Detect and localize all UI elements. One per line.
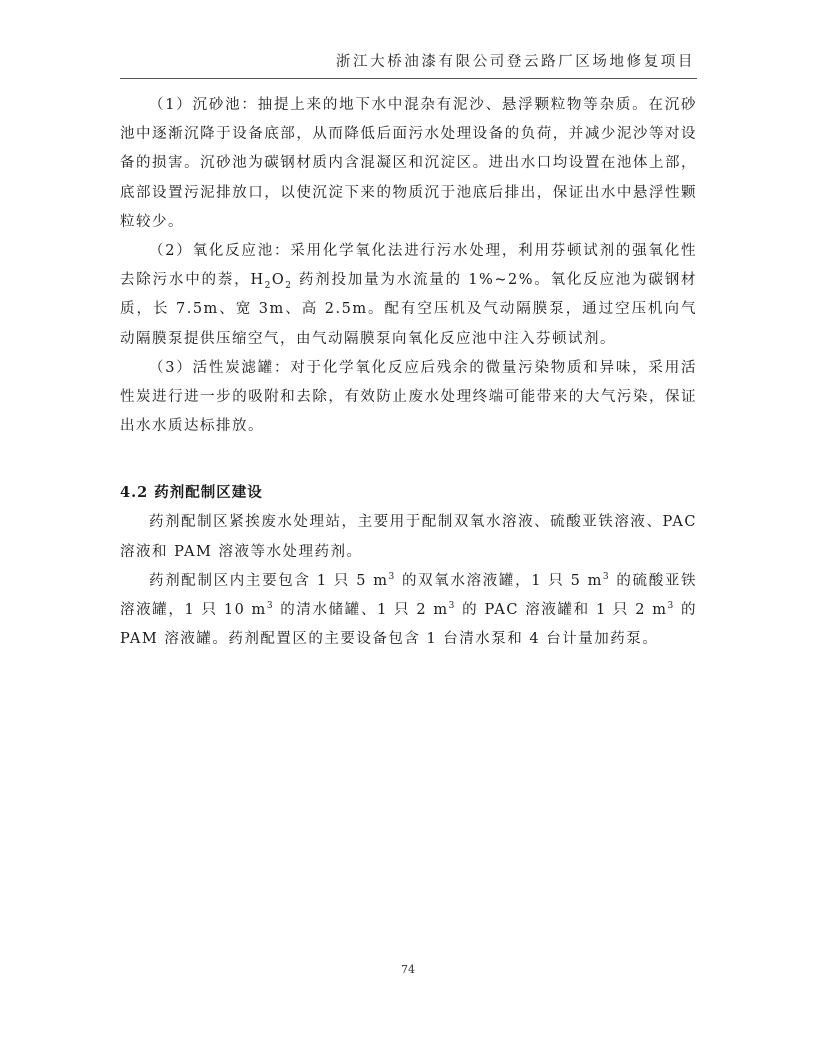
formula-h: H	[250, 272, 264, 288]
header-title: 浙江大桥油漆有限公司登云路厂区场地修复项目	[336, 50, 695, 71]
page-header: 浙江大桥油漆有限公司登云路厂区场地修复项目	[120, 46, 697, 79]
superscript: 3	[267, 601, 274, 611]
paragraph-text: 的清水储罐、1 只 2 m	[274, 602, 449, 618]
paragraph-sand-settling-tank: （1）沉砂池：抽提上来的地下水中混杂有泥沙、悬浮颗粒物等杂质。在沉砂池中逐渐沉降…	[120, 91, 697, 237]
formula-o: O	[272, 272, 285, 288]
formula-sub: 2	[265, 281, 272, 291]
superscript: 3	[449, 601, 456, 611]
page-number: 74	[0, 963, 816, 976]
paragraph-text: 药剂配制区内主要包含 1 只 5 m	[149, 573, 388, 589]
document-body: （1）沉砂池：抽提上来的地下水中混杂有泥沙、悬浮颗粒物等杂质。在沉砂池中逐渐沉降…	[120, 91, 697, 654]
paragraph-text: 的双氧水溶液罐，1 只 5 m	[396, 573, 603, 589]
paragraph-dosing-area-intro: 药剂配制区紧挨废水处理站，主要用于配制双氧水溶液、硫酸亚铁溶液、PAC 溶液和 …	[120, 508, 697, 566]
chem-formula-h2o2: H2O2	[250, 272, 292, 288]
paragraph-oxidation-reaction-tank: （2）氧化反应池：采用化学氧化法进行污水处理，利用芬顿试剂的强氧化性去除污水中的…	[120, 237, 697, 354]
paragraph-text: 的 PAC 溶液罐和 1 只 2 m	[456, 602, 668, 618]
superscript: 3	[388, 572, 395, 582]
paragraph-dosing-area-equipment: 药剂配制区内主要包含 1 只 5 m3 的双氧水溶液罐，1 只 5 m3 的硫酸…	[120, 567, 697, 655]
paragraph-activated-carbon-filter: （3）活性炭滤罐：对于化学氧化反应后残余的微量污染物质和异味，采用活性炭进行进一…	[120, 354, 697, 442]
superscript: 3	[668, 601, 675, 611]
section-heading: 4.2 药剂配制区建设	[120, 483, 697, 503]
